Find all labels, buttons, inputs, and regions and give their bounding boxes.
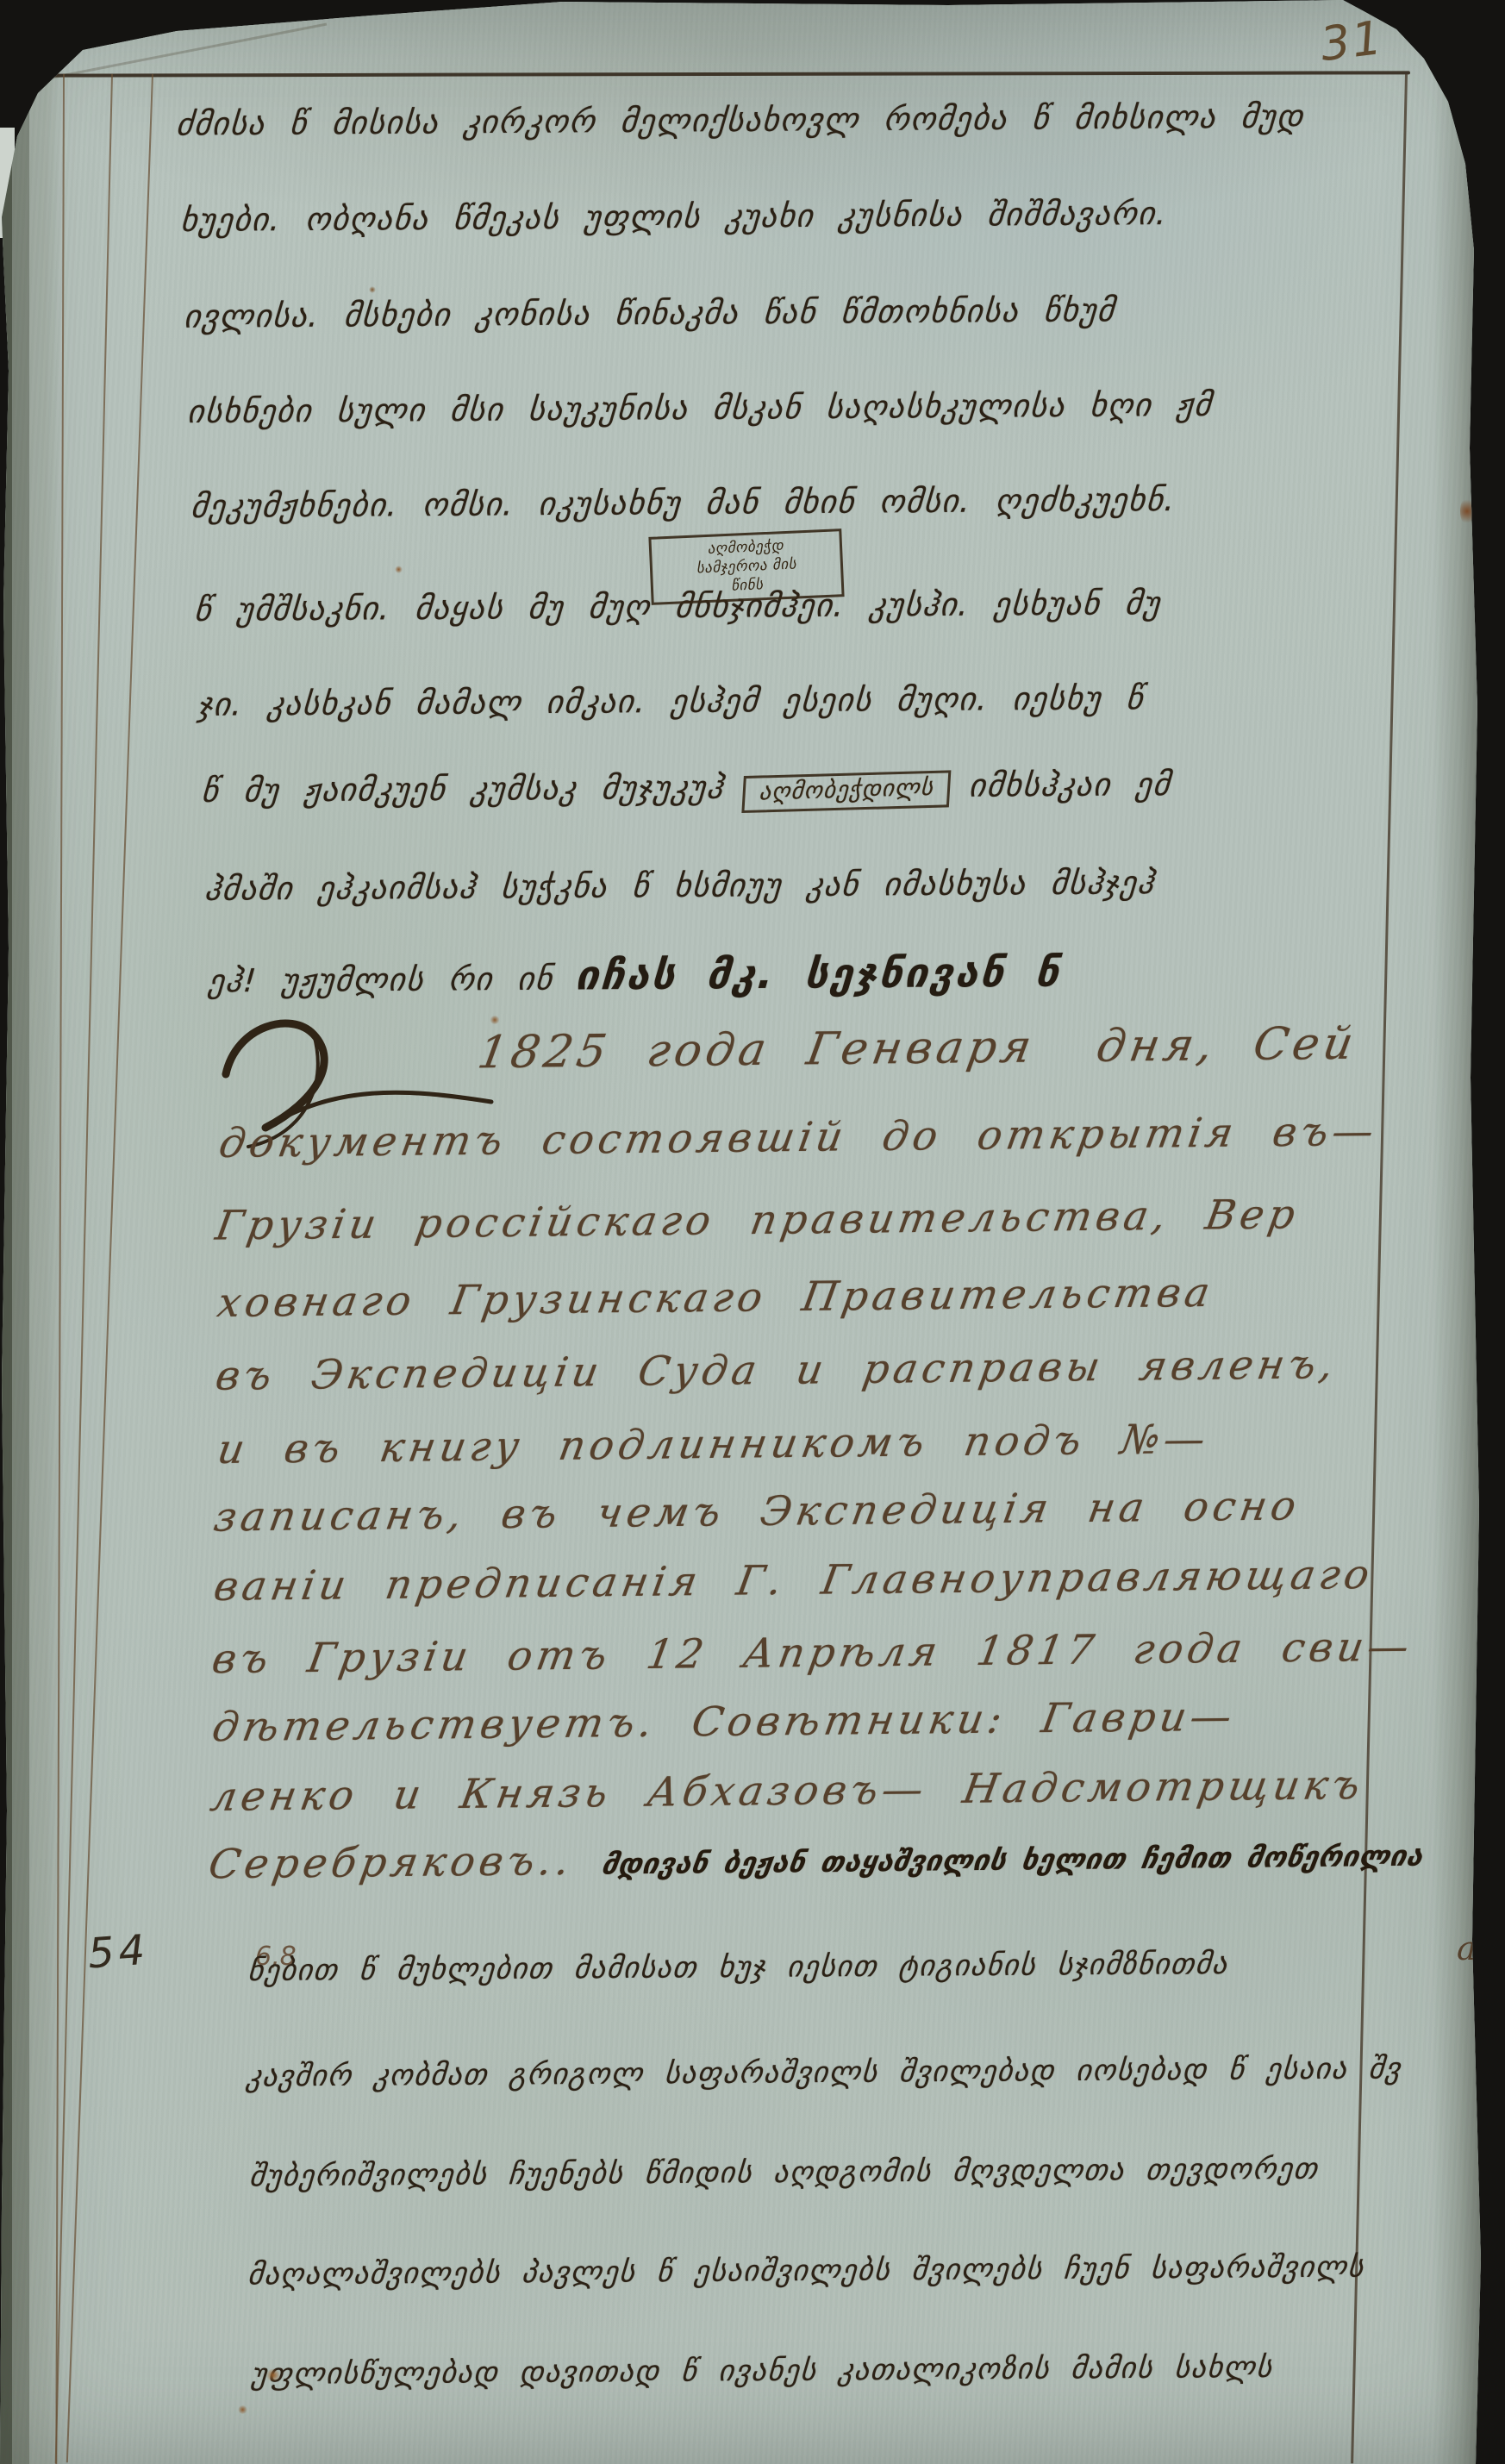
right-margin-rule xyxy=(1351,74,1408,2463)
georgian-line-part: წ მუ ჟაიმკუენ კუმსაკ მუჯუკუჰ xyxy=(200,769,726,810)
ink-stain xyxy=(369,286,376,293)
georgian-line: ჯი. კასხკან მამალ იმკაი. ესჰემ ესეის მუღ… xyxy=(197,679,1146,723)
georgian-signature-tail: მდივან ბეჟან თაყაშვილის ხელით ჩემით მოწე… xyxy=(599,1839,1426,1881)
georgian-line: უფლისწულებად დავითად წ ივანეს კათალიკოზი… xyxy=(250,2350,1274,2392)
russian-line: Грузiи россiйскаго правительства, Вер xyxy=(212,1191,1302,1249)
folio-number: 31 xyxy=(1317,10,1386,72)
russian-line-part: 1825 года Генваря xyxy=(474,1022,1039,1079)
georgian-line-with-stamp: წ მუ ჟაიმკუენ კუმსაკ მუჯუკუჰაღმობეჭდილსი… xyxy=(200,766,1173,815)
gutter-crease-shadow xyxy=(0,22,64,2464)
margin-column-rule-3 xyxy=(66,74,153,2462)
georgian-line: მეკუმჟხნები. ომსი. იკუსახნუ მან მხინ ომს… xyxy=(190,481,1177,525)
russian-line: и въ книгу подлинникомъ подъ №— xyxy=(214,1416,1213,1473)
georgian-line-emphasis: იჩას მკ. სეჯნივან ნ xyxy=(574,949,1063,1000)
georgian-line: ხუები. ობღანა წმეკას უფლის კუახი კუსნისა… xyxy=(179,195,1169,239)
russian-line: дѣтельствуетъ. Совѣтники: Гаври— xyxy=(209,1693,1239,1751)
georgian-line: მაღალაშვილებს პავლეს წ ესაიშვილებს შვილე… xyxy=(247,2249,1366,2292)
top-horizontal-rule xyxy=(31,71,1410,77)
manuscript-paper: 31 ძმისა წ მისისა კირკორ მელიქსახოვლ რომ… xyxy=(0,0,1505,2464)
margin-entry-number: 54 xyxy=(86,1926,151,1979)
ink-stain xyxy=(265,2369,281,2381)
ink-stain xyxy=(395,566,403,573)
russian-line-part: дня, Сей xyxy=(1093,1018,1361,1073)
fold-line xyxy=(47,23,328,80)
russian-line: въ Грузiи отъ 12 Апрѣля 1817 года сви— xyxy=(209,1623,1416,1684)
russian-line: 1825 года Генварядня, Сей xyxy=(474,1018,1361,1079)
boxed-annotation-stamp: აღმობეჭდ სამჯეროა მის წინს xyxy=(648,528,844,605)
georgian-line: ძმისა წ მისისა კირკორ მელიქსახოვლ რომება… xyxy=(175,97,1306,142)
right-margin-mark: а xyxy=(1457,1929,1477,1967)
russian-line: ванiи предписанiя Г. Главноуправляющаго xyxy=(210,1551,1377,1610)
georgian-line-mixed: ეჰ! უჟუმლის რი ინიჩას მკ. სეჯნივან ნ xyxy=(206,949,1063,1003)
georgian-line: ისხნები სული მსი საუკუნისა მსკან საღასხკ… xyxy=(186,386,1214,430)
russian-line-part: Серебряковъ.. xyxy=(205,1837,577,1888)
georgian-line: ივლისა. მსხები კონისა წინაკმა წან წმთოხნ… xyxy=(183,291,1117,335)
georgian-line: ჰმაში ეჰკაიმსაჰ სუჭკნა წ ხსმიუუ კან იმას… xyxy=(203,864,1157,908)
russian-line: записанъ, въ чемъ Экспедицiя на осно xyxy=(210,1482,1303,1541)
scanned-manuscript-page: 31 ძმისა წ მისისა კირკორ მელიქსახოვლ რომ… xyxy=(0,0,1505,2464)
georgian-line: ნებით წ მუხლებით მამისათ ხუჯ იესით ტიგია… xyxy=(247,1947,1230,1988)
georgian-line: შუბერიშვილებს ჩუენებს წმიდის აღდგომის მღ… xyxy=(248,2152,1320,2194)
georgian-line-part: იმხსჰკაი ემ xyxy=(968,766,1173,804)
ink-stain xyxy=(1460,497,1474,526)
georgian-line-part: ეჰ! უჟუმლის რი ინ xyxy=(207,960,555,1000)
russian-line: ховнаго Грузинскаго Правительства xyxy=(214,1269,1217,1327)
russian-line: въ Экспедицiи Суда и расправы явленъ, xyxy=(212,1341,1341,1400)
boxed-annotation-stamp: აღმობეჭდილს xyxy=(741,770,951,813)
georgian-line: კავშირ კობმათ გრიგოლ საფარაშვილს შვილება… xyxy=(245,2051,1403,2093)
ink-stain xyxy=(238,2405,247,2414)
russian-line-with-georgian-tail: Серебряковъ..მდივან ბეჟან თაყაშვილის ხელ… xyxy=(205,1829,1427,1889)
ink-stain xyxy=(490,1016,500,1024)
russian-line: ленко и Князь Абхазовъ— Надсмотрщикъ xyxy=(207,1761,1367,1821)
right-edge-shadow xyxy=(1433,0,1481,2464)
